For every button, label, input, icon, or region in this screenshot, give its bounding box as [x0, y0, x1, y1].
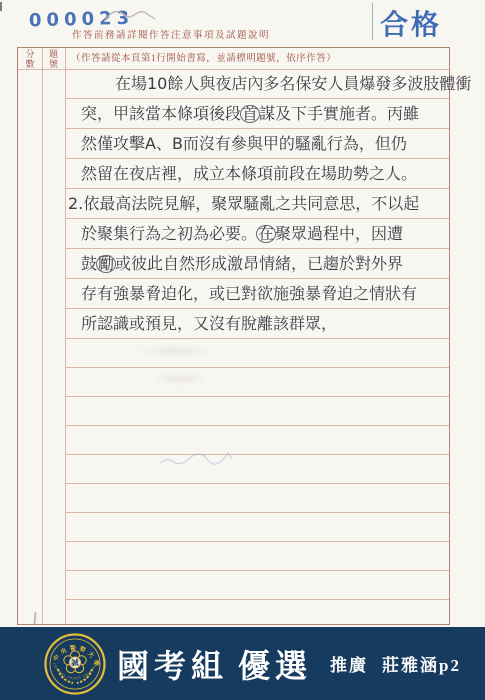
ruled-row	[65, 484, 449, 513]
footer-org: 國考組	[117, 641, 228, 687]
pass-stamp: 合格	[372, 3, 442, 40]
showthrough-smudge	[135, 345, 215, 357]
faint-ink-squiggle	[155, 450, 240, 470]
answer-line-2: 突，甲該當本條項後段首謀及下手實施者。丙雖	[65, 99, 449, 129]
score-column-header: 分數	[18, 49, 42, 69]
answer-area: 在場10餘人與夜店內多名保安人員爆發多波肢體衝 突，甲該當本條項後段首謀及下手實…	[65, 69, 449, 624]
footer-promo: 推廣	[330, 651, 368, 676]
logo-center-character: 誠	[71, 657, 79, 667]
ruled-row	[65, 397, 449, 426]
footer-banner: 中央警察大學 CENTRAL POLICE UNIVERSITY 誠 國考組 優…	[0, 627, 485, 700]
footer-award: 優選	[238, 641, 312, 687]
footer-name: 莊雅涵p2	[382, 651, 461, 676]
ruled-row	[65, 426, 449, 455]
footer-text: 國考組 優選 推廣 莊雅涵p2	[117, 627, 461, 700]
ruled-row	[65, 455, 449, 484]
answer-line-4: 然留在夜店裡，成立本條項前段在場助勢之人。	[65, 159, 449, 189]
university-logo: 中央警察大學 CENTRAL POLICE UNIVERSITY 誠	[44, 633, 106, 695]
answer-line-1: 在場10餘人與夜店內多名保安人員爆發多波肢體衝	[65, 69, 449, 99]
ruled-row	[65, 571, 449, 600]
scan-edge-mark	[0, 2, 2, 11]
answer-line-3: 然僅攻擊A、B而沒有參與甲的騷亂行為，但仍	[65, 129, 449, 159]
pencil-scribble-icon	[100, 2, 160, 30]
answer-line-7: 鼓勵或彼此自然形成激昂情緒，已趨於對外界	[65, 249, 449, 279]
answer-line-9: 所認識或預見，又沒有脫離該群眾，	[65, 309, 449, 339]
question-number-column-header: 題號	[42, 49, 65, 69]
answer-line-6: 於聚集行為之初為必要。在聚眾過程中，因遭	[65, 219, 449, 249]
ruled-row	[65, 600, 449, 629]
showthrough-smudge	[150, 373, 210, 385]
answer-table: 分數 題號 （作答請從本頁第1行開始書寫，並請標明題號，依序作答） 在場10餘人…	[17, 47, 450, 625]
header-instruction: （作答請從本頁第1行開始書寫，並請標明題號，依序作答）	[71, 48, 336, 69]
ruled-row	[65, 368, 449, 397]
exam-notice: 作答前務請詳閱作答注意事項及試題說明	[72, 27, 270, 41]
exam-answer-sheet-page: 000023 作答前務請詳閱作答注意事項及試題說明 合格 分數 題號 （作答請從…	[0, 0, 485, 700]
ruled-row	[65, 513, 449, 542]
answer-line-8: 存有強暴脅迫化，或已對欲施強暴脅迫之情狀有	[65, 279, 449, 309]
table-header-row: 分數 題號 （作答請從本頁第1行開始書寫，並請標明題號，依序作答）	[18, 48, 449, 70]
answer-line-5: 2.依最高法院見解，聚眾騷亂之共同意思，不以起	[65, 189, 449, 219]
column-divider	[42, 48, 43, 624]
ruled-row	[65, 542, 449, 571]
ruled-row	[65, 339, 449, 368]
